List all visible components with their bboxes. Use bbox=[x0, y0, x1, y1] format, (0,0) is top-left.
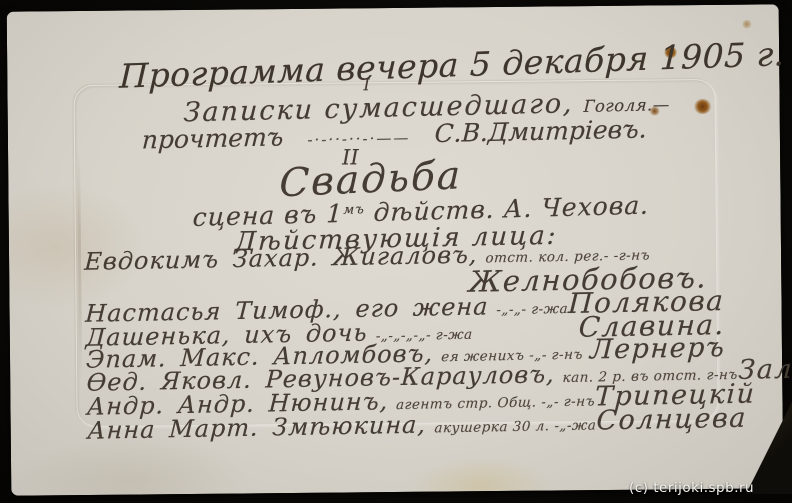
cast-actor: Лернеръ bbox=[589, 332, 726, 366]
reader-name: С.В.Дмитріевъ. bbox=[434, 114, 648, 148]
site-watermark: (c) terijoki.spb.ru bbox=[629, 480, 754, 496]
cast-note: акушерка 30 л. -„-жа bbox=[434, 418, 597, 437]
subtitle-superscript: мъ bbox=[343, 202, 365, 218]
photo-background: Программа вечера 5 декабря 1905 г. I Зап… bbox=[0, 0, 792, 503]
part1-author: Гоголя.— bbox=[583, 95, 670, 116]
program-card: Программа вечера 5 декабря 1905 г. I Зап… bbox=[7, 4, 784, 495]
reader-label: прочтетъ bbox=[141, 122, 284, 154]
part1-numeral: I bbox=[363, 75, 370, 94]
foxing-stain bbox=[742, 20, 752, 29]
cast-note: -„-„- г-жа bbox=[496, 301, 569, 318]
cast-role: Анна Март. Змѣюкина, bbox=[87, 411, 427, 445]
foxing-stain bbox=[694, 99, 712, 114]
cast-list: Евдокимъ Захар. Жигаловъ,отст. кол. рег.… bbox=[84, 236, 732, 439]
cast-actor: Солнцева bbox=[595, 403, 747, 437]
